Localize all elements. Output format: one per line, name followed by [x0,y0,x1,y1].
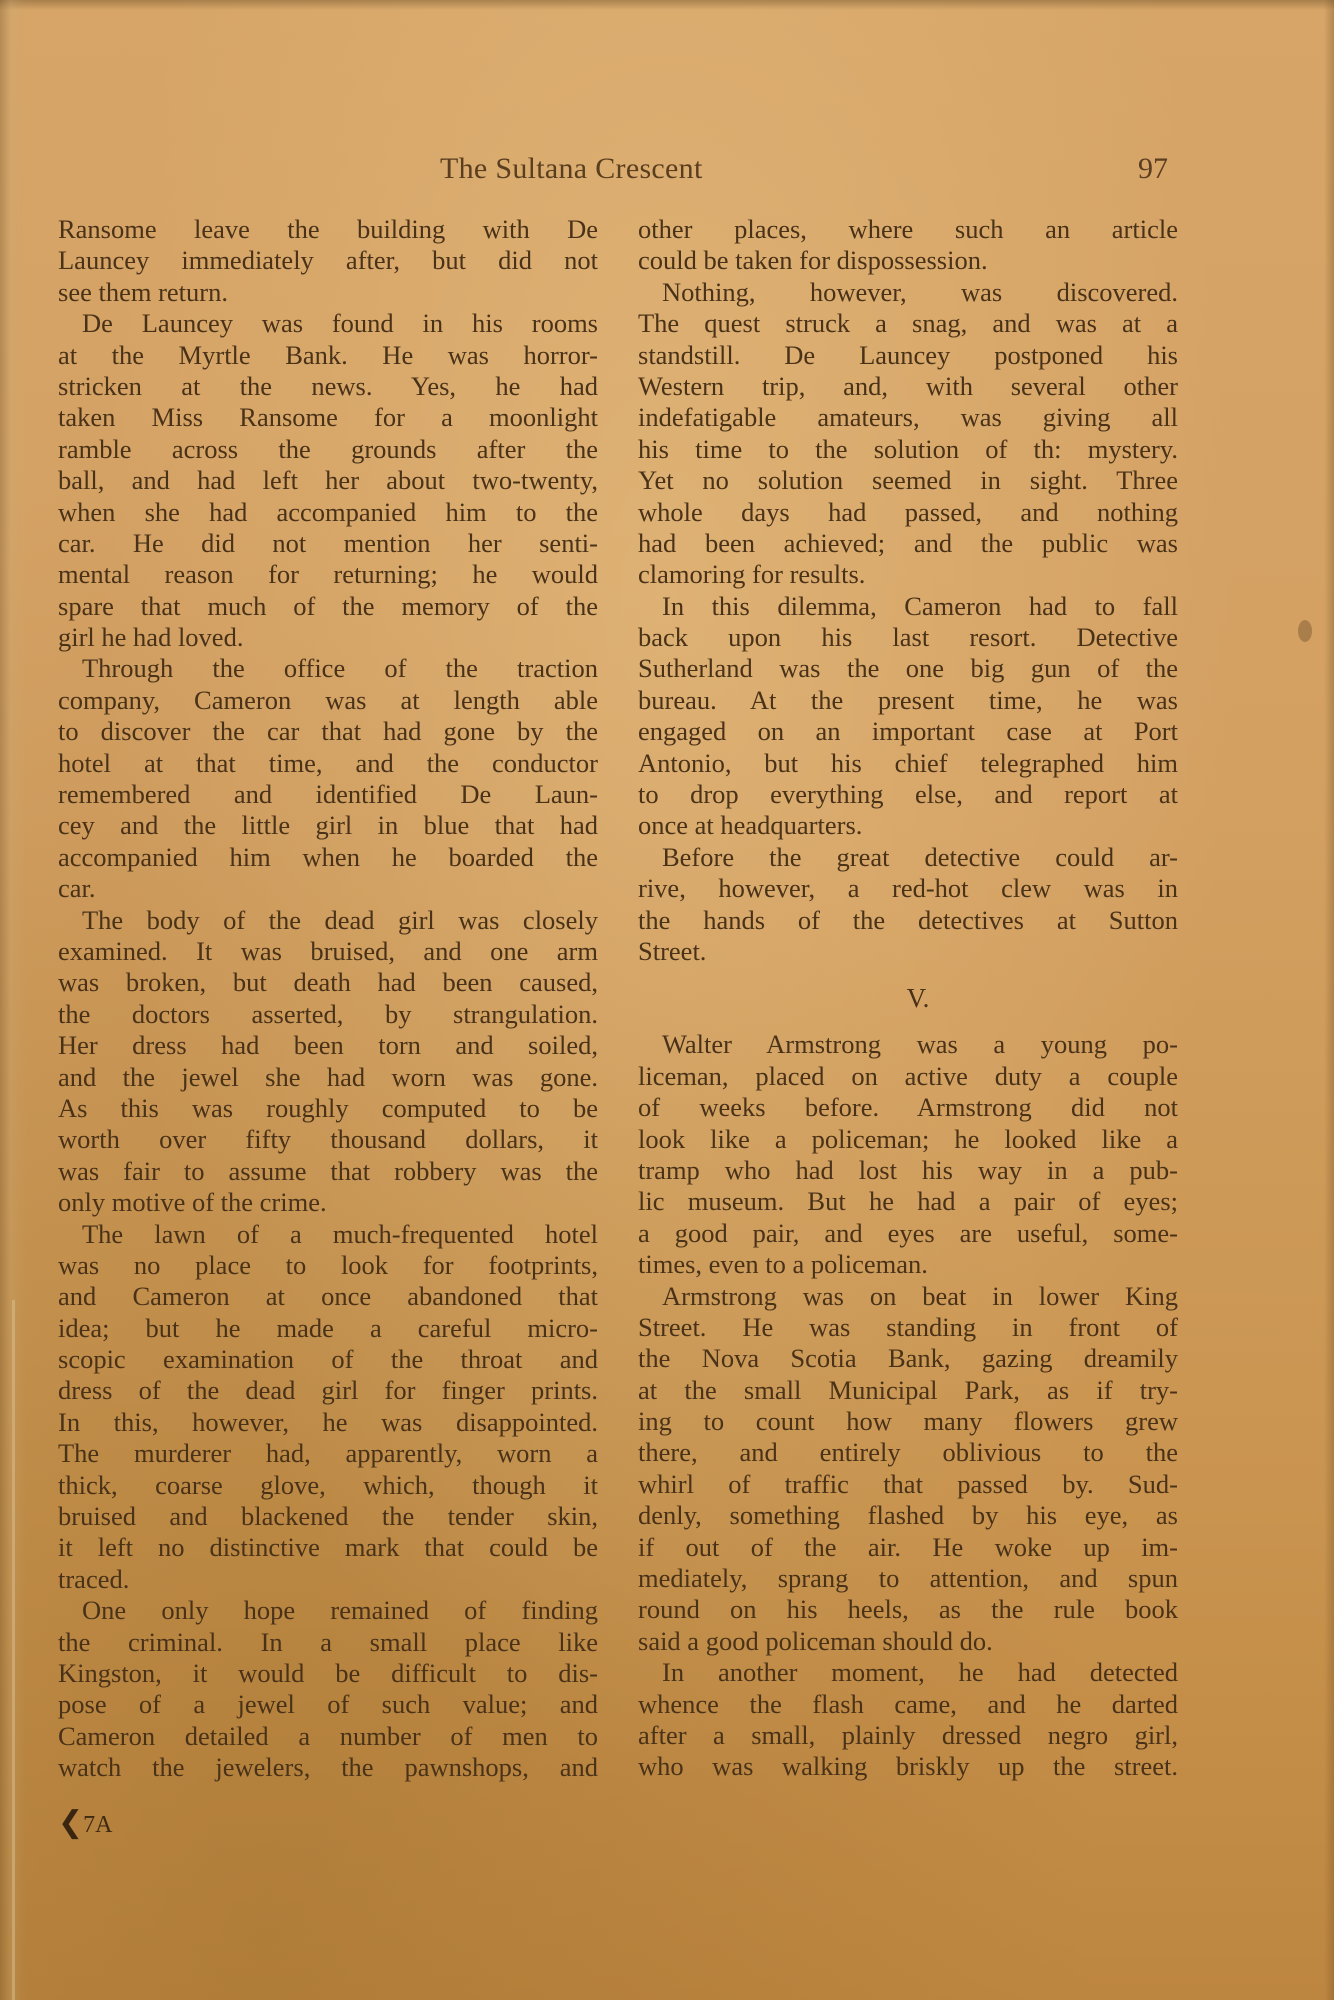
text-line: remembered and identified De Laun- [58,779,598,810]
text-line: a good pair, and eyes are useful, some- [638,1218,1178,1249]
text-line: tramp who had lost his way in a pub- [638,1155,1178,1186]
text-line: ball, and had left her about two-twenty, [58,465,598,496]
text-line: Sutherland was the one big gun of the [638,653,1178,684]
right-column-text-after-heading: Walter Armstrong was a young po-liceman,… [638,1029,1178,1782]
text-line: Western trip, and, with several other [638,371,1178,402]
text-line: the hands of the detectives at Sutton [638,905,1178,936]
page-edge-left [0,0,26,2000]
text-line: scopic examination of the throat and [58,1344,598,1375]
text-line: if out of the air. He woke up im- [638,1532,1178,1563]
text-line: traced. [58,1564,598,1595]
text-line: The body of the dead girl was closely [58,905,598,936]
text-line: liceman, placed on active duty a couple [638,1061,1178,1092]
text-line: when she had accompanied him to the [58,497,598,528]
text-line: only motive of the crime. [58,1187,598,1218]
text-line: ing to count how many flowers grew [638,1406,1178,1437]
text-line: his time to the solution of th: mystery. [638,434,1178,465]
text-line: The murderer had, apparently, worn a [58,1438,598,1469]
text-line: worth over fifty thousand dollars, it [58,1124,598,1155]
text-line: watch the jewelers, the pawnshops, and [58,1752,598,1783]
text-line: was fair to assume that robbery was the [58,1156,598,1187]
text-line: Street. [638,936,1178,967]
text-line: One only hope remained of finding [58,1595,598,1626]
text-line: idea; but he made a careful micro- [58,1313,598,1344]
text-line: see them return. [58,277,598,308]
text-line: after a small, plainly dressed negro gir… [638,1720,1178,1751]
text-line: times, even to a policeman. [638,1249,1178,1280]
text-line: had been achieved; and the public was [638,528,1178,559]
text-line: it left no distinctive mark that could b… [58,1532,598,1563]
text-line: thick, coarse glove, which, though it [58,1470,598,1501]
text-line: Kingston, it would be difficult to dis- [58,1658,598,1689]
text-line: hotel at that time, and the conductor [58,748,598,779]
section-heading: V. [638,967,1178,1029]
text-line: bruised and blackened the tender skin, [58,1501,598,1532]
text-line: pose of a jewel of such value; and [58,1689,598,1720]
text-line: car. He did not mention her senti- [58,528,598,559]
text-line: denly, something flashed by his eye, as [638,1500,1178,1531]
text-line: and Cameron at once abandoned that [58,1281,598,1312]
text-line: to discover the car that had gone by the [58,716,598,747]
text-line: to drop everything else, and report at [638,779,1178,810]
text-line: accompanied him when he boarded the [58,842,598,873]
text-line: once at headquarters. [638,810,1178,841]
text-line: other places, where such an article [638,214,1178,245]
signature-label: 7A [83,1812,112,1838]
text-line: The quest struck a snag, and was at a [638,308,1178,339]
text-line: Nothing, however, was discovered. [638,277,1178,308]
text-line: spare that much of the memory of the [58,591,598,622]
text-line: Ransome leave the building with De [58,214,598,245]
ink-smudge [1298,620,1312,642]
text-line: Before the great detective could ar- [638,842,1178,873]
text-line: at the small Municipal Park, as if try- [638,1375,1178,1406]
text-line: Launcey immediately after, but did not [58,245,598,276]
text-line: round on his heels, as the rule book [638,1594,1178,1625]
text-line: mediately, sprang to attention, and spun [638,1563,1178,1594]
page-number: 97 [1138,152,1168,186]
text-line: Street. He was standing in front of [638,1312,1178,1343]
text-line: As this was roughly computed to be [58,1093,598,1124]
text-line: Armstrong was on beat in lower King [638,1281,1178,1312]
text-line: Walter Armstrong was a young po- [638,1029,1178,1060]
signature-mark: ❮7A [58,1805,112,1840]
text-line: De Launcey was found in his rooms [58,308,598,339]
text-line: Cameron detailed a number of men to [58,1721,598,1752]
text-line: car. [58,873,598,904]
text-line: at the Myrtle Bank. He was horror- [58,340,598,371]
text-line: Yet no solution seemed in sight. Three [638,465,1178,496]
text-line: said a good policeman should do. [638,1626,1178,1657]
text-line: In this, however, he was disappointed. [58,1407,598,1438]
right-column: other places, where such an articlecould… [638,214,1178,1783]
text-line: back upon his last resort. Detective [638,622,1178,653]
chevron-left-icon: ❮ [58,1805,83,1840]
text-line: taken Miss Ransome for a moonlight [58,402,598,433]
page-edge-right [1324,0,1334,2000]
text-line: the Nova Scotia Bank, gazing dreamily [638,1343,1178,1374]
text-line: lic museum. But he had a pair of eyes; [638,1186,1178,1217]
running-title: The Sultana Crescent [440,152,703,186]
text-line: clamoring for results. [638,559,1178,590]
text-line: who was walking briskly up the street. [638,1751,1178,1782]
text-line: whence the flash came, and he darted [638,1689,1178,1720]
page-edge-top [0,0,1334,10]
text-line: the criminal. In a small place like [58,1627,598,1658]
text-line: and the jewel she had worn was gone. [58,1062,598,1093]
text-line: bureau. At the present time, he was [638,685,1178,716]
right-column-text-before-heading: other places, where such an articlecould… [638,214,1178,967]
text-line: girl he had loved. [58,622,598,653]
text-line: Antonio, but his chief telegraphed him [638,748,1178,779]
text-line: the doctors asserted, by strangulation. [58,999,598,1030]
text-line: examined. It was bruised, and one arm [58,936,598,967]
text-line: company, Cameron was at length able [58,685,598,716]
text-line: was no place to look for footprints, [58,1250,598,1281]
text-line: dress of the dead girl for finger prints… [58,1375,598,1406]
text-line: look like a policeman; he looked like a [638,1124,1178,1155]
text-line: whole days had passed, and nothing [638,497,1178,528]
text-line: ramble across the grounds after the [58,434,598,465]
text-line: rive, however, a red-hot clew was in [638,873,1178,904]
text-line: could be taken for dispossession. [638,245,1178,276]
text-line: engaged on an important case at Port [638,716,1178,747]
text-line: cey and the little girl in blue that had [58,810,598,841]
text-line: The lawn of a much-frequented hotel [58,1219,598,1250]
text-line: In this dilemma, Cameron had to fall [638,591,1178,622]
text-line: Through the office of the traction [58,653,598,684]
text-line: stricken at the news. Yes, he had [58,371,598,402]
text-line: Her dress had been torn and soiled, [58,1030,598,1061]
text-line: of weeks before. Armstrong did not [638,1092,1178,1123]
text-line: mental reason for returning; he would [58,559,598,590]
text-line: there, and entirely oblivious to the [638,1437,1178,1468]
text-line: standstill. De Launcey postponed his [638,340,1178,371]
left-column: Ransome leave the building with DeLaunce… [58,214,598,1784]
text-line: whirl of traffic that passed by. Sud- [638,1469,1178,1500]
text-line: In another moment, he had detected [638,1657,1178,1688]
text-line: indefatigable amateurs, was giving all [638,402,1178,433]
text-line: was broken, but death had been caused, [58,967,598,998]
